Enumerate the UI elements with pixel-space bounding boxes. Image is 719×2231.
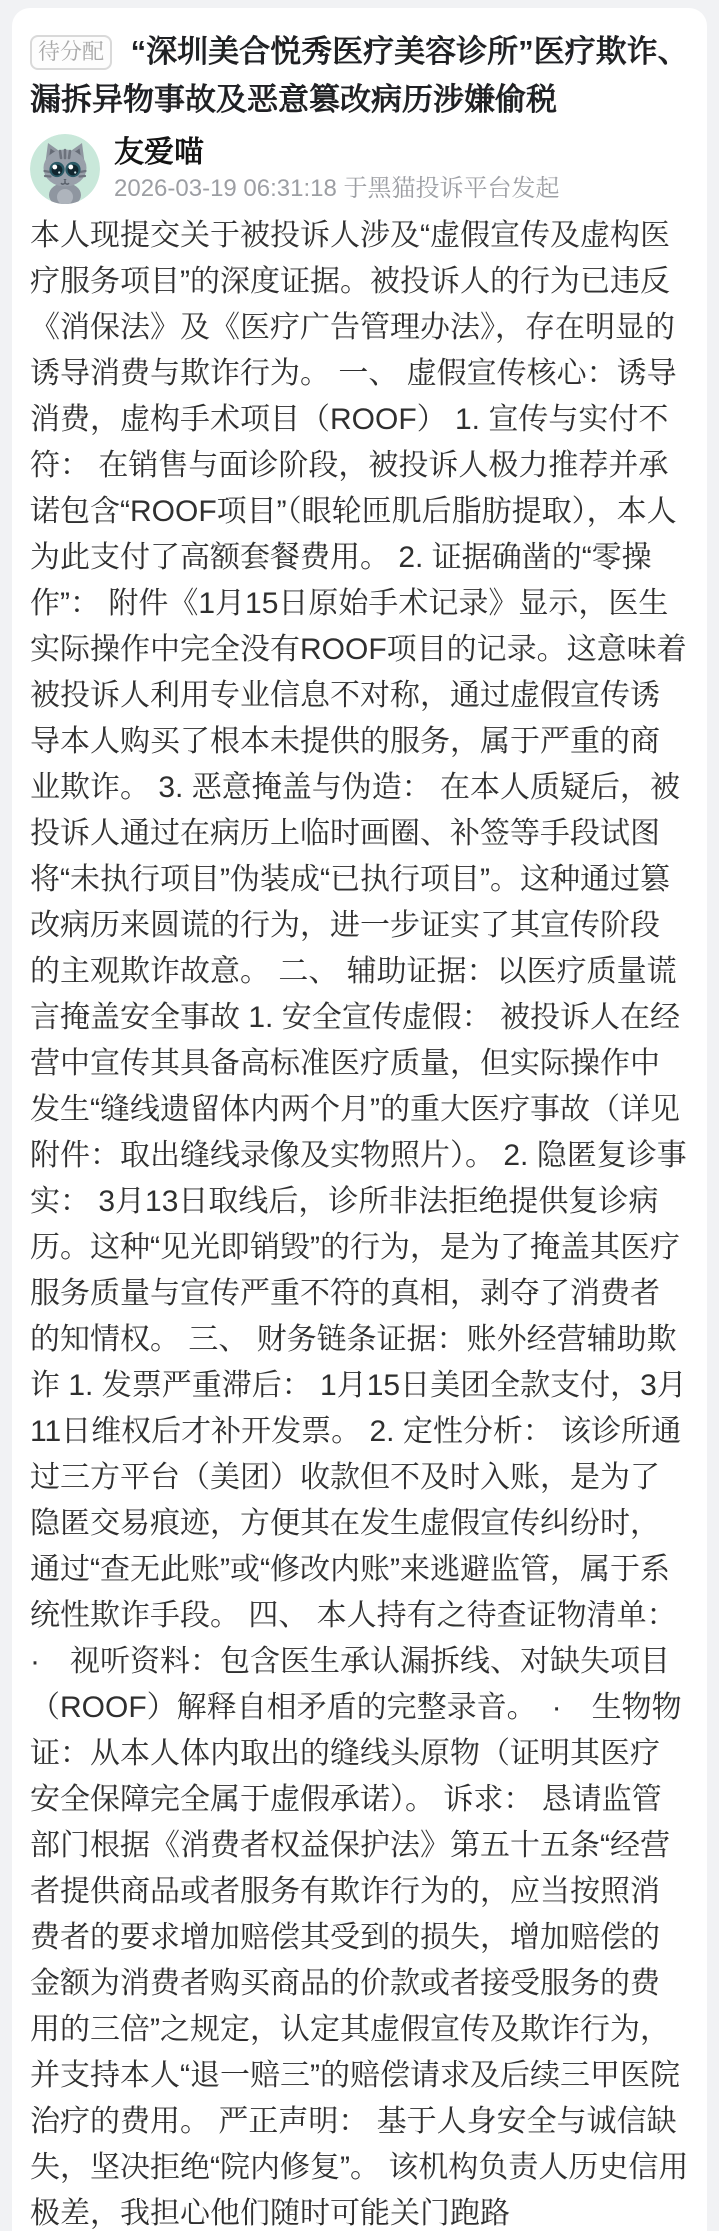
post-timestamp: 2026-03-19 06:31:18 于黑猫投诉平台发起 xyxy=(114,174,560,204)
complaint-title-text: “深圳美合悦秀医疗美容诊所”医疗欺诈、漏拆异物事故及恶意篡改病历涉嫌偷税 xyxy=(30,34,689,117)
username[interactable]: 友爱喵 xyxy=(114,135,560,171)
complaint-title: 待分配 “深圳美合悦秀医疗美容诊所”医疗欺诈、漏拆异物事故及恶意篡改病历涉嫌偷税 xyxy=(30,28,689,124)
user-avatar[interactable] xyxy=(30,134,100,204)
complaint-card: 待分配 “深圳美合悦秀医疗美容诊所”医疗欺诈、漏拆异物事故及恶意篡改病历涉嫌偷税 xyxy=(12,8,707,2231)
status-badge: 待分配 xyxy=(30,35,112,70)
cat-avatar-icon xyxy=(30,134,100,204)
complaint-body: 本人现提交关于被投诉人涉及“虚假宣传及虚构医疗服务项目”的深度证据。被投诉人的行… xyxy=(30,213,689,2231)
user-text-block: 友爱喵 2026-03-19 06:31:18 于黑猫投诉平台发起 xyxy=(114,135,560,204)
user-info-row: 友爱喵 2026-03-19 06:31:18 于黑猫投诉平台发起 xyxy=(30,134,689,204)
